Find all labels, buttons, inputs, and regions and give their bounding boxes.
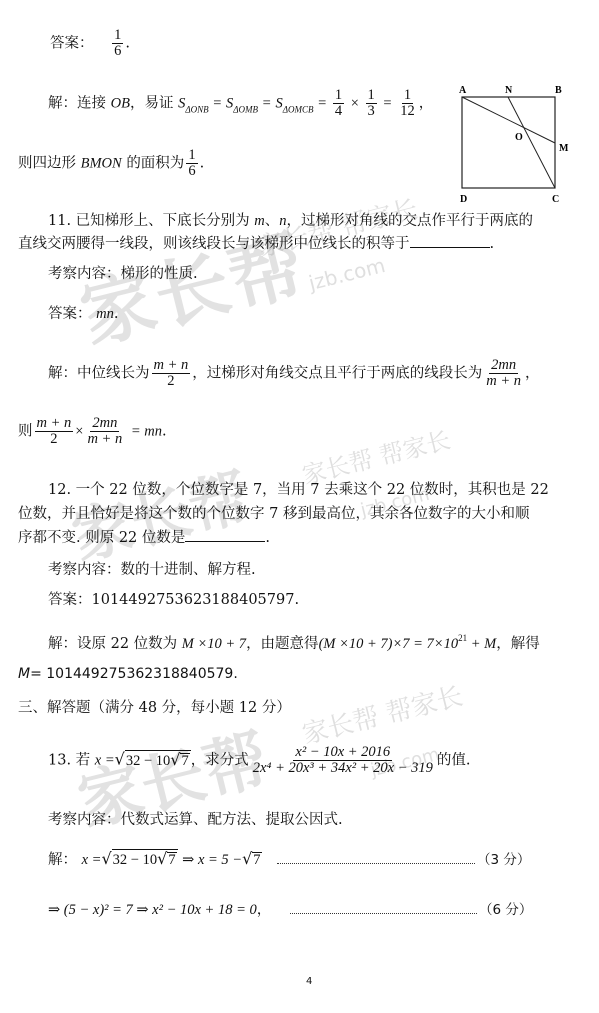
q12-stem-line3: 序都不变. 则原 22 位数是. [18,526,270,547]
q12-answer: 答案：1014492753623188405797. [48,588,299,609]
q12-stem-line2: 位数，并且恰好是将这个数的个位数字 7 移到最高位，其余各位数字的大小和顺 [18,502,529,523]
label-n: N [505,85,513,96]
q12-solution: 解：设原 22 位数为 M ×10 + 7，由题意得(M ×10 + 7)×7 … [48,632,540,653]
section-title: 三、解答题（满分 48 分，每小题 12 分） [18,696,291,717]
q12-topic: 考察内容：数的十进制、解方程. [48,558,256,579]
q13-step2-score: （6 分） [479,898,532,918]
page-number: 4 [306,976,312,987]
q13-step2: ⇒ (5 − x)² = 7 ⇒ x² − 10x + 18 = 0， [48,898,271,919]
label-d: D [460,194,467,205]
watermark-slogan: 家长帮 帮家长 [298,676,466,752]
label-a: A [459,85,467,96]
q12-result: M= 101449275362318840579. [18,666,238,682]
q11-solution: 解：中位线长为m + n2，过梯形对角线交点且平行于两底的线段长为2mnm + … [48,358,540,389]
label-o: O [515,132,523,143]
q12-stem-line1: 12. 一个 22 位数，个位数字是 7，当用 7 去乘这个 22 位数时，其积… [48,478,549,499]
label-c: C [552,194,559,205]
q13-step1: 解： x =√32 − 10√7 ⇒ x = 5 −√7 [48,848,262,869]
q13-step1-score: （3 分） [477,848,530,868]
answer-fraction: 1 6 [112,28,123,59]
q11-stem-line1: 11. 已知梯形上、下底长分别为 m、n，过梯形对角线的交点作平行于两底的 [48,209,533,230]
q10-answer: 答案： 1 6 . [50,28,130,59]
answer-blank[interactable] [410,235,490,248]
label-m: M [559,143,569,154]
q11-answer: 答案： mn. [48,302,118,323]
q11-topic: 考察内容：梯形的性质. [48,262,198,283]
q10-solution: 解：连接 OB，易证 SΔONB = SΔOMB = SΔOMCB = 14 ×… [48,88,433,119]
q13-topic: 考察内容：代数式运算、配方法、提取公因式. [48,808,343,829]
label-b: B [555,85,562,96]
dot-leader [277,852,475,868]
square-diagram: A N B O M D C [450,80,580,210]
answer-blank[interactable] [185,529,265,542]
answer-label: 答案： [50,36,94,52]
dot-leader [290,902,477,918]
q10-conclusion: 则四边形 BMON 的面积为16. [18,148,204,179]
q13-stem: 13. 若 x =√32 − 10√7，求分式x² − 10x + 20162x… [48,745,470,776]
watermark-domain: jzb.com [306,253,387,295]
q11-stem-line2: 直线交两腰得一线段，则该线段长与该梯形中位线长的积等于. [18,232,494,253]
q11-conclusion: 则m + n2×2mnm + n = mn. [18,416,167,447]
